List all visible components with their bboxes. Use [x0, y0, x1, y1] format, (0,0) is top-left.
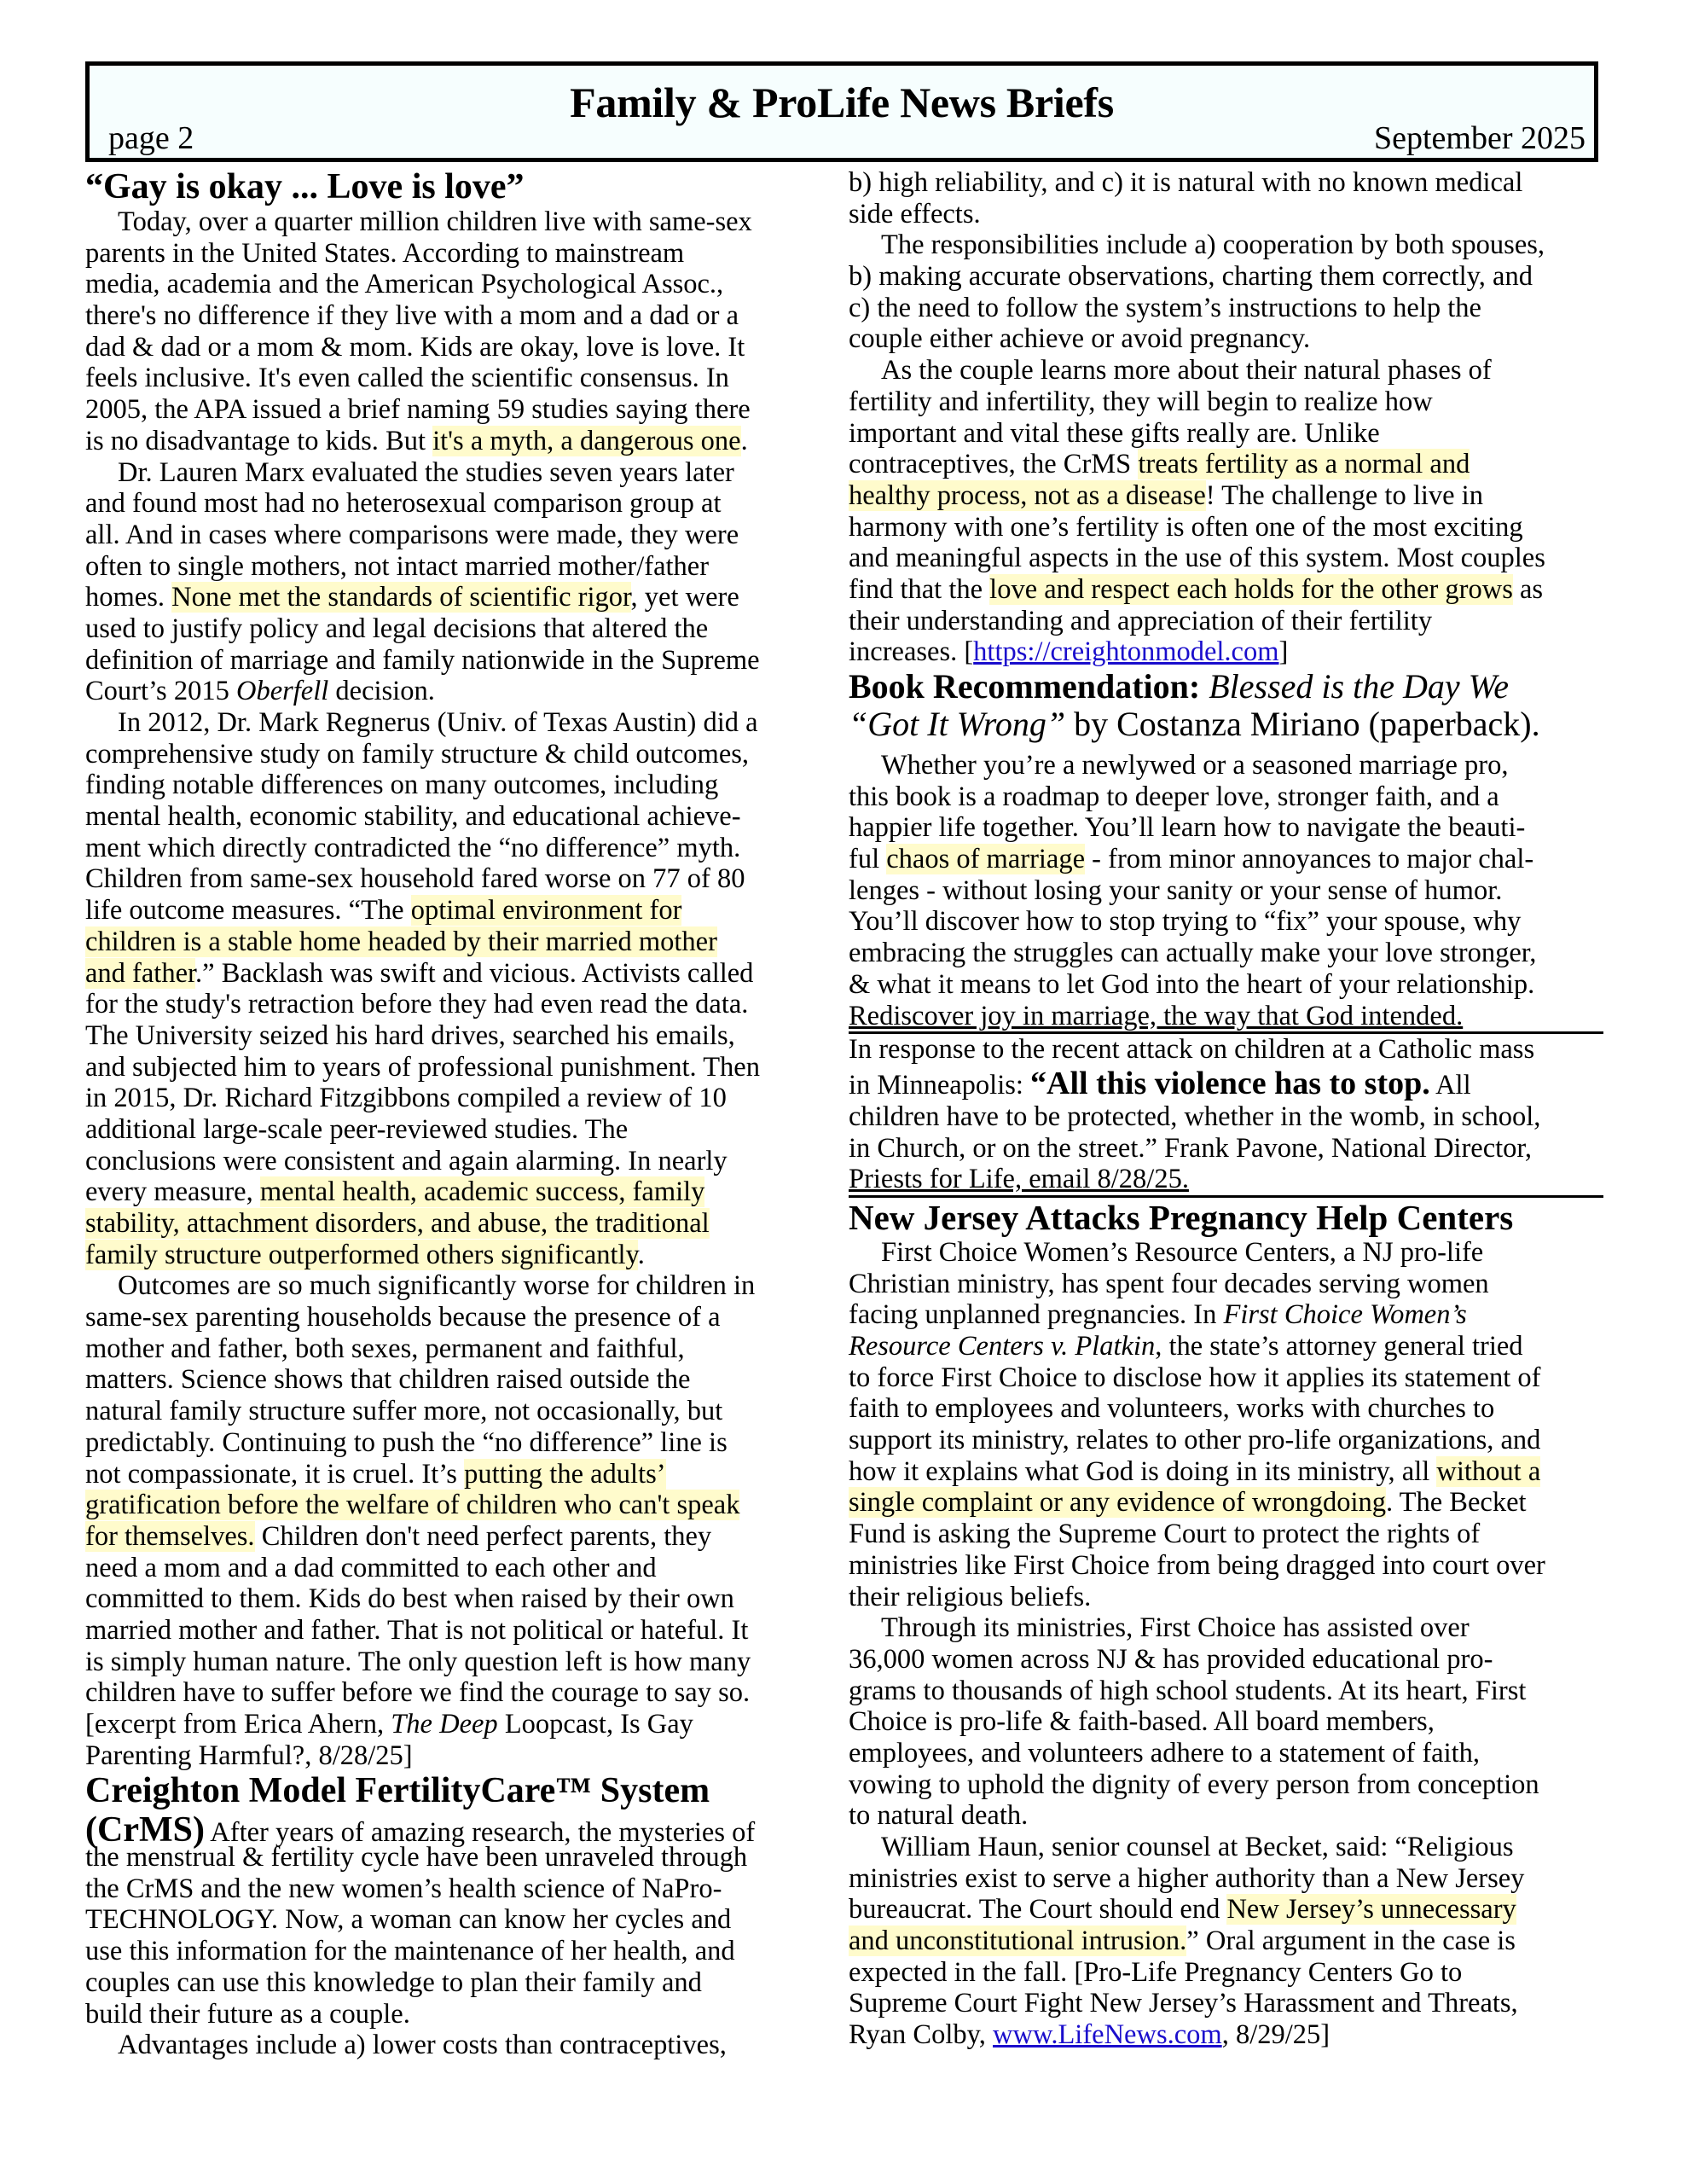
article-body-creighton: (CrMS) After years of amazing research, …: [85, 1810, 827, 2061]
highlight: it's a myth, a dangerous one: [432, 426, 740, 456]
podcast-name-italic: The Deep: [391, 1709, 497, 1740]
highlight: stability, attachment disorders, and abu…: [85, 1208, 710, 1239]
highlight: children is a stable home headed by thei…: [85, 926, 717, 957]
right-column: b) high reliability, and c) it is natura…: [849, 167, 1603, 2051]
creighton-model-link[interactable]: https://creightonmodel.com: [973, 636, 1278, 667]
newsletter-title: Family & ProLife News Briefs: [90, 81, 1594, 124]
highlight: without a: [1436, 1456, 1540, 1487]
article-body-new-jersey: First Choice Women’s Resource Centers, a…: [849, 1237, 1603, 2051]
article-headline-gay-is-okay: “Gay is okay ... Love is love”: [85, 167, 827, 206]
highlight: chaos of marriage: [886, 844, 1085, 874]
article-headline-new-jersey: New Jersey Attacks Pregnancy Help Center…: [849, 1198, 1603, 1237]
pavone-quote: In response to the recent attack on chil…: [849, 1034, 1603, 1195]
masthead: Family & ProLife News Briefs page 2 Sept…: [85, 61, 1598, 162]
highlight: and father: [85, 958, 195, 989]
lifenews-link[interactable]: www.LifeNews.com: [993, 2019, 1222, 2050]
case-name-italic: First Choice Women’s: [1223, 1299, 1466, 1330]
case-name-italic: Oberfell: [236, 676, 328, 706]
article-headline-creighton: Creighton Model FertilityCare™ System: [85, 1771, 827, 1810]
highlight: None met the standards of scientific rig…: [171, 582, 630, 613]
highlight: putting the adults’: [464, 1459, 666, 1490]
highlight: healthy process, not as a disease: [849, 480, 1206, 511]
issue-date: September 2025: [1374, 122, 1586, 154]
highlight: and unconstitutional intrusion.: [849, 1926, 1186, 1956]
highlight: for themselves.: [85, 1521, 255, 1552]
book-title: Blessed is the Day We: [1200, 667, 1509, 706]
highlight: New Jersey’s unnecessary: [1226, 1894, 1516, 1925]
highlight: love and respect each holds for the othe…: [989, 574, 1513, 605]
book-label: Book Recommendation:: [849, 667, 1200, 706]
case-name-italic: Resource Centers v. Platkin: [849, 1331, 1155, 1362]
book-recommendation: Book Recommendation: Blessed is the Day …: [849, 668, 1603, 1031]
highlight: optimal environment for: [411, 895, 682, 926]
page-number: page 2: [108, 122, 194, 154]
highlight: treats fertility as a normal and: [1138, 449, 1470, 479]
left-column: “Gay is okay ... Love is love” Today, ov…: [85, 167, 827, 2061]
highlight: gratification before the welfare of chil…: [85, 1490, 739, 1520]
article-body-gay-is-okay: Today, over a quarter million children l…: [85, 206, 827, 1771]
highlight: mental health, academic success, family: [260, 1176, 705, 1207]
highlight: family structure outperformed others sig…: [85, 1240, 638, 1270]
bold-quote: “All this violence has to stop.: [1030, 1066, 1430, 1101]
book-title-cont: “Got It Wrong”: [849, 705, 1065, 743]
book-byline: by Costanza Miriano (paperback).: [1065, 705, 1539, 743]
highlight: single complaint or any evidence of wron…: [849, 1487, 1386, 1518]
article-body-creighton-continued: b) high reliability, and c) it is natura…: [849, 167, 1603, 668]
